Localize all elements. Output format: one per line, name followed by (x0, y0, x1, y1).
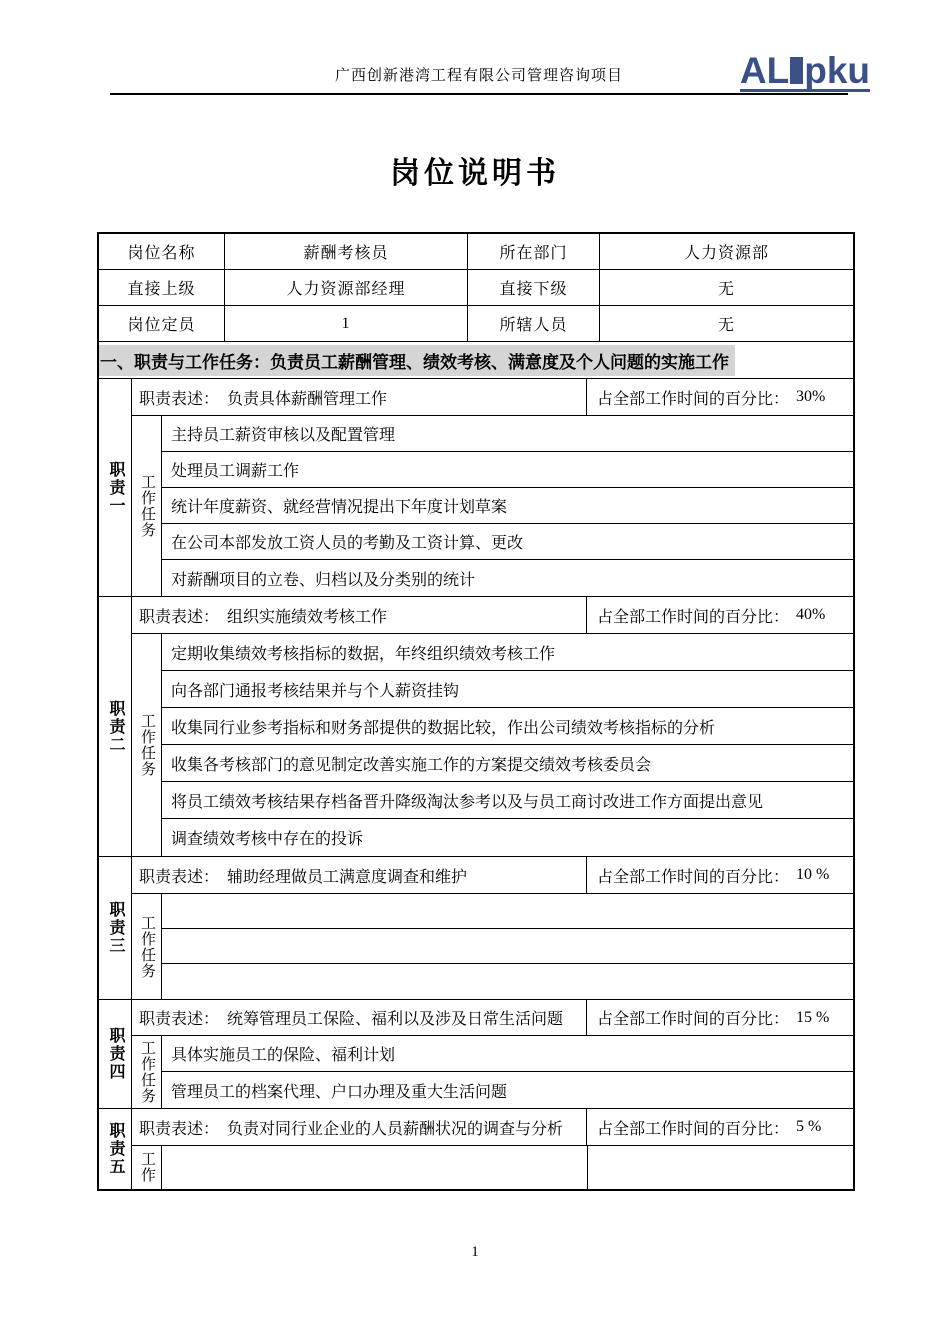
info-row: 岗位定员 1 所辖人员 无 (99, 306, 853, 342)
page-number: 1 (0, 1244, 950, 1261)
info-value: 人力资源部经理 (224, 270, 467, 305)
info-label: 岗位定员 (99, 306, 224, 341)
pct-label: 占全部工作时间的百分比： (597, 1006, 789, 1029)
info-label: 所辖人员 (467, 306, 599, 341)
logo-bar-icon (790, 57, 803, 84)
task-row: 收集同行业参考指标和财务部提供的数据比较，作出公司绩效考核指标的分析 (162, 708, 853, 745)
duty-block-5: 职责五 职责表述： 负责对同行业企业的人员薪酬状况的调查与分析 占全部工作时间的… (99, 1109, 853, 1189)
desc-text: 统筹管理员工保险、福利以及涉及日常生活问题 (227, 1006, 563, 1029)
task-row: 处理员工调薪工作 (162, 452, 853, 488)
duty-label: 职责二 (99, 597, 132, 856)
pct-value: 40% (796, 606, 825, 624)
task-row-empty (162, 929, 853, 964)
duty-block-1: 职责一 职责表述： 负责具体薪酬管理工作 占全部工作时间的百分比： 30% 工作… (99, 379, 853, 597)
duty-label: 职责五 (99, 1109, 132, 1189)
task-row-empty (162, 964, 853, 999)
task-col-label: 工作任务 (132, 1036, 162, 1108)
duty-block-3: 职责三 职责表述： 辅助经理做员工满意度调查和维护 占全部工作时间的百分比： 1… (99, 857, 853, 1000)
duty-desc-row: 职责表述： 统筹管理员工保险、福利以及涉及日常生活问题 占全部工作时间的百分比：… (132, 1000, 853, 1036)
pct-label: 占全部工作时间的百分比： (597, 1116, 789, 1139)
allpku-logo: AL pku (740, 42, 870, 92)
desc-text: 负责对同行业企业的人员薪酬状况的调查与分析 (227, 1116, 563, 1139)
task-col-label: 工作任务 (132, 894, 162, 999)
info-label: 直接上级 (99, 270, 224, 305)
section-header-row: 一、职责与工作任务：负责员工薪酬管理、绩效考核、满意度及个人问题的实施工作 (99, 342, 853, 379)
pct-value: 30% (796, 388, 825, 406)
info-label: 岗位名称 (99, 234, 224, 269)
duty-desc-row: 职责表述： 辅助经理做员工满意度调查和维护 占全部工作时间的百分比： 10 % (132, 857, 853, 894)
section-header: 一、职责与工作任务：负责员工薪酬管理、绩效考核、满意度及个人问题的实施工作 (99, 345, 735, 376)
task-row: 具体实施员工的保险、福利计划 (162, 1036, 853, 1072)
desc-text: 组织实施绩效考核工作 (227, 604, 387, 627)
job-description-table: 岗位名称 薪酬考核员 所在部门 人力资源部 直接上级 人力资源部经理 直接下级 … (97, 232, 855, 1191)
project-title: 广西创新港湾工程有限公司管理咨询项目 (335, 64, 623, 85)
task-row-empty (162, 894, 853, 929)
logo-text-right: pku (804, 55, 870, 86)
task-row: 调查绩效考核中存在的投诉 (162, 819, 853, 856)
info-value: 人力资源部 (599, 234, 853, 269)
info-value: 1 (224, 306, 467, 341)
pct-value: 5 % (796, 1118, 821, 1136)
desc-label: 职责表述： (139, 1006, 219, 1029)
info-value: 无 (599, 306, 853, 341)
task-row: 统计年度薪资、就经营情况提出下年度计划草案 (162, 488, 853, 524)
task-row: 主持员工薪资审核以及配置管理 (162, 416, 853, 452)
doc-title: 岗位说明书 (0, 148, 950, 192)
pct-value: 15 % (796, 1009, 829, 1027)
duty-label: 职责三 (99, 857, 132, 999)
desc-text: 辅助经理做员工满意度调查和维护 (227, 864, 467, 887)
task-col-label: 工作 (132, 1146, 162, 1189)
desc-label: 职责表述： (139, 1116, 219, 1139)
task-row: 定期收集绩效考核指标的数据，年终组织绩效考核工作 (162, 634, 853, 671)
logo-text-left: AL (740, 55, 789, 86)
duty-label: 职责四 (99, 1000, 132, 1108)
task-row-empty (162, 1146, 853, 1189)
pct-value: 10 % (796, 866, 829, 884)
pct-label: 占全部工作时间的百分比： (597, 604, 789, 627)
info-label: 直接下级 (467, 270, 599, 305)
task-row: 将员工绩效考核结果存档备晋升降级淘汰参考以及与员工商讨改进工作方面提出意见 (162, 782, 853, 819)
task-row: 收集各考核部门的意见制定改善实施工作的方案提交绩效考核委员会 (162, 745, 853, 782)
task-row: 对薪酬项目的立卷、归档以及分类别的统计 (162, 560, 853, 596)
info-row: 直接上级 人力资源部经理 直接下级 无 (99, 270, 853, 306)
task-col-label: 工作任务 (132, 634, 162, 856)
desc-text: 负责具体薪酬管理工作 (227, 386, 387, 409)
pct-label: 占全部工作时间的百分比： (597, 386, 789, 409)
page-header: 广西创新港湾工程有限公司管理咨询项目 (110, 52, 848, 95)
info-value: 无 (599, 270, 853, 305)
duty-block-4: 职责四 职责表述： 统筹管理员工保险、福利以及涉及日常生活问题 占全部工作时间的… (99, 1000, 853, 1109)
duty-desc-row: 职责表述： 组织实施绩效考核工作 占全部工作时间的百分比： 40% (132, 597, 853, 634)
task-col-label: 工作任务 (132, 416, 162, 596)
duty-label: 职责一 (99, 379, 132, 596)
pct-label: 占全部工作时间的百分比： (597, 864, 789, 887)
info-row: 岗位名称 薪酬考核员 所在部门 人力资源部 (99, 234, 853, 270)
task-row: 向各部门通报考核结果并与个人薪资挂钩 (162, 671, 853, 708)
duty-block-2: 职责二 职责表述： 组织实施绩效考核工作 占全部工作时间的百分比： 40% 工作… (99, 597, 853, 857)
info-value: 薪酬考核员 (224, 234, 467, 269)
duty-desc-row: 职责表述： 负责对同行业企业的人员薪酬状况的调查与分析 占全部工作时间的百分比：… (132, 1109, 853, 1146)
info-label: 所在部门 (467, 234, 599, 269)
task-row: 管理员工的档案代理、户口办理及重大生活问题 (162, 1072, 853, 1108)
duty-desc-row: 职责表述： 负责具体薪酬管理工作 占全部工作时间的百分比： 30% (132, 379, 853, 416)
desc-label: 职责表述： (139, 604, 219, 627)
desc-label: 职责表述： (139, 864, 219, 887)
desc-label: 职责表述： (139, 386, 219, 409)
task-row: 在公司本部发放工资人员的考勤及工资计算、更改 (162, 524, 853, 560)
